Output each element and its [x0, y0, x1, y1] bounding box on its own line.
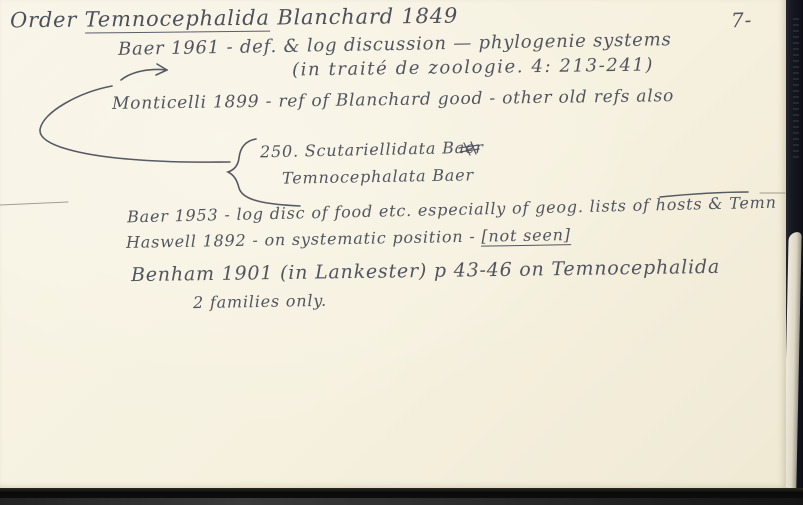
entry-temnocephalata: Temnocephalata Baer: [282, 165, 474, 187]
taxon-authority: Blanchard 1849: [270, 4, 459, 30]
taxon-name-underlined: Temnocephalida: [85, 6, 270, 34]
order-word: Order: [10, 8, 85, 33]
edge-mark-left: [0, 202, 68, 205]
entry-benham-note: 2 families only.: [193, 291, 327, 312]
scanned-card-photo: Order Temnocephalida Blanchard 1849 7- B…: [0, 0, 803, 505]
arrow-mark: [121, 64, 167, 80]
page-number: 7-: [731, 8, 753, 33]
not-seen-flag: [not seen]: [481, 225, 571, 247]
order-title-line: Order Temnocephalida Blanchard 1849: [10, 4, 458, 33]
